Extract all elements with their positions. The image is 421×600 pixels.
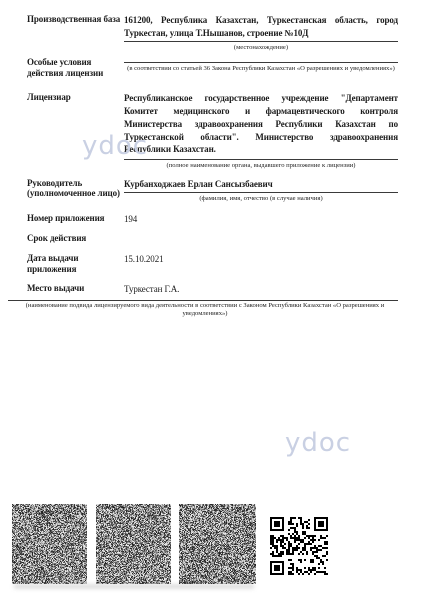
scan-shadow — [14, 585, 254, 588]
field-label-appendix-number: Номер приложения — [27, 213, 124, 224]
noise-block-2 — [96, 504, 171, 584]
field-label-licensor: Лицензиар — [27, 92, 124, 103]
field-row-issue-date: Дата выдачи приложения 15.10.2021 — [27, 253, 398, 274]
qr-code — [270, 517, 328, 575]
field-value-block: 15.10.2021 — [124, 253, 398, 266]
field-label-special-conditions: Особые условия действия лицензии — [27, 57, 124, 78]
field-value-production-base: 161200, Республика Казахстан, Туркестанс… — [124, 14, 398, 42]
ydoc-watermark: ydoc — [82, 131, 148, 161]
field-label-issue-date: Дата выдачи приложения — [27, 253, 124, 274]
field-value-block: 194 — [124, 213, 398, 226]
footer-caption: (наименование подвида лицензируемого вид… — [8, 301, 398, 317]
field-value-block: 161200, Республика Казахстан, Туркестанс… — [124, 14, 398, 51]
field-value-issue-date: 15.10.2021 — [124, 253, 398, 266]
field-label-head-person: Руководитель (уполномоченное лицо) — [27, 178, 124, 199]
license-appendix-document: ydoc ydoc Производственная база 161200, … — [0, 0, 421, 600]
field-row-issue-place: Место выдачи Туркестан Г.А. — [27, 283, 398, 296]
field-rule: (в соответствии со статьей 36 Закона Рес… — [124, 62, 398, 73]
field-value-licensor: Республиканское государственное учрежден… — [124, 92, 398, 156]
field-caption-special-conditions: (в соответствии со статьей 36 Закона Рес… — [124, 63, 398, 73]
footer-rule: (наименование подвида лицензируемого вид… — [8, 300, 398, 317]
field-row-validity-period: Срок действия — [27, 233, 398, 244]
document-body: Производственная база 161200, Республика… — [0, 0, 421, 317]
noise-block-1 — [12, 504, 87, 584]
field-value-block: Республиканское государственное учрежден… — [124, 92, 398, 170]
field-caption-licensor: (полное наименование органа, выдавшего п… — [124, 160, 398, 170]
field-row-special-conditions: Особые условия действия лицензии (в соот… — [27, 57, 398, 78]
field-row-head-person: Руководитель (уполномоченное лицо) Курба… — [27, 178, 398, 202]
field-label-validity-period: Срок действия — [27, 233, 124, 244]
field-value-issue-place: Туркестан Г.А. — [124, 283, 398, 296]
field-label-production-base: Производственная база — [27, 14, 124, 25]
field-rule: (полное наименование органа, выдавшего п… — [124, 159, 398, 170]
field-caption-location: (местонахождение) — [124, 42, 398, 52]
field-row-appendix-number: Номер приложения 194 — [27, 213, 398, 226]
field-value-head-person: Курбанходжаев Ерлан Сансызбаевич — [124, 178, 398, 193]
field-value-appendix-number: 194 — [124, 213, 398, 226]
field-row-production-base: Производственная база 161200, Республика… — [27, 14, 398, 51]
field-value-block: (в соответствии со статьей 36 Закона Рес… — [124, 57, 398, 73]
field-caption-head-person: (фамилия, имя, отчество (в случае наличи… — [124, 193, 398, 203]
field-label-issue-place: Место выдачи — [27, 283, 124, 294]
field-value-block: Курбанходжаев Ерлан Сансызбаевич (фамили… — [124, 178, 398, 202]
field-value-block: Туркестан Г.А. — [124, 283, 398, 296]
noise-block-3 — [179, 504, 256, 584]
ydoc-watermark: ydoc — [285, 428, 351, 458]
